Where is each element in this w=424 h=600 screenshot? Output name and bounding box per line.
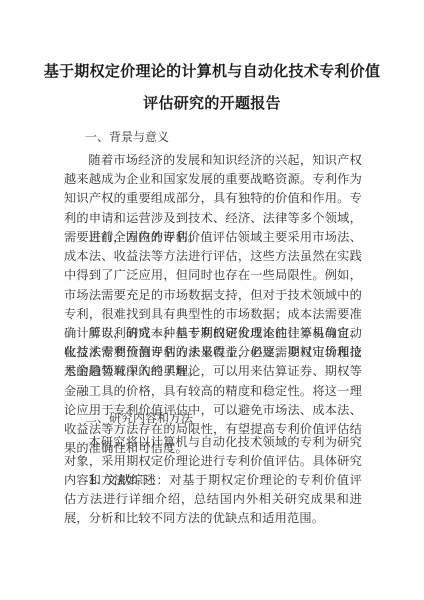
section-heading-research: 二、研究内容和方法 bbox=[85, 409, 193, 426]
document-title-line-1: 基于期权定价理论的计算机与自动化技术专利价值 bbox=[0, 60, 424, 81]
paragraph-research-2: 1. 文献综述：对基于期权定价理论的专利价值评估方法进行详细介绍，总结国内外相关… bbox=[64, 471, 362, 529]
section-heading-background: 一、背景与意义 bbox=[85, 128, 169, 145]
document-title-line-2: 评估研究的开题报告 bbox=[0, 92, 424, 113]
document-page: 基于期权定价理论的计算机与自动化技术专利价值 评估研究的开题报告 一、背景与意义… bbox=[0, 0, 424, 600]
